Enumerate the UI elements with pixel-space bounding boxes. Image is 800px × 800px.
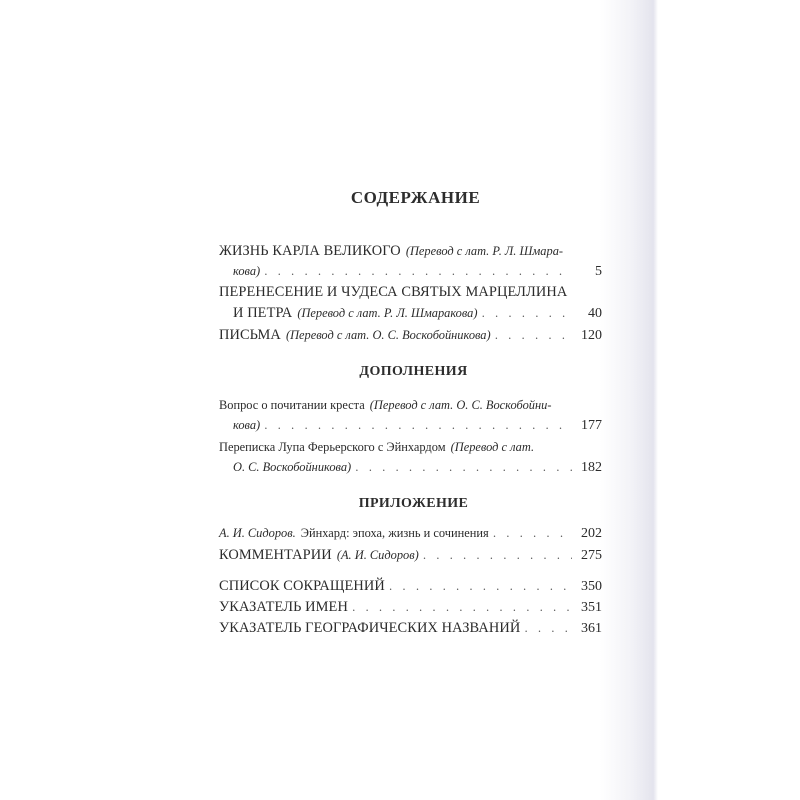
entry-page-number: 202 <box>580 524 602 544</box>
entry-title: УКАЗАТЕЛЬ ГЕОГРАФИЧЕСКИХ НАЗВАНИЙ <box>219 618 520 638</box>
entry-page-number: 40 <box>580 304 602 324</box>
toc-entry-name-index[interactable]: УКАЗАТЕЛЬ ИМЕН 351 <box>219 597 602 618</box>
entry-title: КОММЕНТАРИИ <box>219 545 332 565</box>
entry-page-number: 120 <box>580 326 602 346</box>
entry-page-number: 182 <box>580 458 602 478</box>
entry-title: СПИСОК СОКРАЩЕНИЙ <box>219 576 385 596</box>
entry-title: Переписка Лупа Ферьерского с Эйнхардом <box>219 437 446 457</box>
entry-title: ПЕРЕНЕСЕНИЕ И ЧУДЕСА СВЯТЫХ МАРЦЕЛЛИНА <box>219 282 567 302</box>
entry-title: ЖИЗНЬ КАРЛА ВЕЛИКОГО <box>219 241 401 261</box>
toc-entry-abbreviations[interactable]: СПИСОК СОКРАЩЕНИЙ 350 <box>219 576 602 597</box>
leader-dots <box>493 524 572 544</box>
toc-entry-vopros[interactable]: Вопрос о почитании креста (Перевод с лат… <box>219 394 602 436</box>
entry-author: А. И. Сидоров. <box>219 523 296 543</box>
toc-entry-perenesenie[interactable]: ПЕРЕНЕСЕНИЕ И ЧУДЕСА СВЯТЫХ МАРЦЕЛЛИНА И… <box>219 282 602 324</box>
entry-page-number: 361 <box>580 619 602 639</box>
leader-dots <box>264 262 572 282</box>
entry-translator-note-cont: кова) <box>233 415 260 435</box>
section-heading-supplements: ДОПОЛНЕНИЯ <box>219 364 602 380</box>
toc-entry-kommentarii[interactable]: КОММЕНТАРИИ (А. И. Сидоров) 275 <box>219 544 602 566</box>
toc-entry-sidorov-essay[interactable]: А. И. Сидоров. Эйнхард: эпоха, жизнь и с… <box>219 522 602 544</box>
toc-entry-pisma[interactable]: ПИСЬМА (Перевод с лат. О. С. Воскобойник… <box>219 324 602 346</box>
entry-page-number: 5 <box>580 262 602 282</box>
toc-entry-zhizn-karla[interactable]: ЖИЗНЬ КАРЛА ВЕЛИКОГО (Перевод с лат. Р. … <box>219 240 602 282</box>
table-of-contents: СОДЕРЖАНИЕ ЖИЗНЬ КАРЛА ВЕЛИКОГО (Перевод… <box>219 188 602 639</box>
book-page: СОДЕРЖАНИЕ ЖИЗНЬ КАРЛА ВЕЛИКОГО (Перевод… <box>0 0 800 800</box>
leader-dots <box>495 326 572 346</box>
leader-dots <box>389 577 572 597</box>
toc-entry-perepiska[interactable]: Переписка Лупа Ферьерского с Эйнхардом (… <box>219 436 602 478</box>
leader-dots <box>423 546 572 566</box>
entry-page-number: 350 <box>580 577 602 597</box>
leader-dots <box>352 598 572 618</box>
page-title: СОДЕРЖАНИЕ <box>219 188 602 208</box>
entry-translator-note: (Перевод с лат. <box>451 437 534 457</box>
entry-translator-note: (Перевод с лат. Р. Л. Шмаракова) <box>297 303 477 323</box>
entry-translator-note: (Перевод с лат. О. С. Воскобойни- <box>370 395 552 415</box>
page-edge-shadow <box>600 0 658 800</box>
entry-title: УКАЗАТЕЛЬ ИМЕН <box>219 597 348 617</box>
section-heading-appendix: ПРИЛОЖЕНИЕ <box>219 496 602 512</box>
entry-translator-note: (Перевод с лат. О. С. Воскобойникова) <box>286 325 491 345</box>
entry-translator-note-cont: кова) <box>233 261 260 281</box>
entry-title: Эйнхард: эпоха, жизнь и сочинения <box>301 523 489 543</box>
entry-title: Вопрос о почитании креста <box>219 395 365 415</box>
leader-dots <box>264 416 572 436</box>
entry-page-number: 177 <box>580 416 602 436</box>
entry-title: ПИСЬМА <box>219 325 281 345</box>
entry-author-note: (А. И. Сидоров) <box>337 545 419 565</box>
entry-translator-note-cont: О. С. Воскобойникова) <box>233 457 351 477</box>
entry-title-cont: И ПЕТРА <box>233 303 292 323</box>
entry-translator-note: (Перевод с лат. Р. Л. Шмара- <box>406 241 563 261</box>
leader-dots <box>355 458 572 478</box>
entry-page-number: 351 <box>580 598 602 618</box>
leader-dots <box>524 619 572 639</box>
leader-dots <box>482 304 573 324</box>
entry-page-number: 275 <box>580 546 602 566</box>
toc-entry-geo-index[interactable]: УКАЗАТЕЛЬ ГЕОГРАФИЧЕСКИХ НАЗВАНИЙ 361 <box>219 618 602 639</box>
